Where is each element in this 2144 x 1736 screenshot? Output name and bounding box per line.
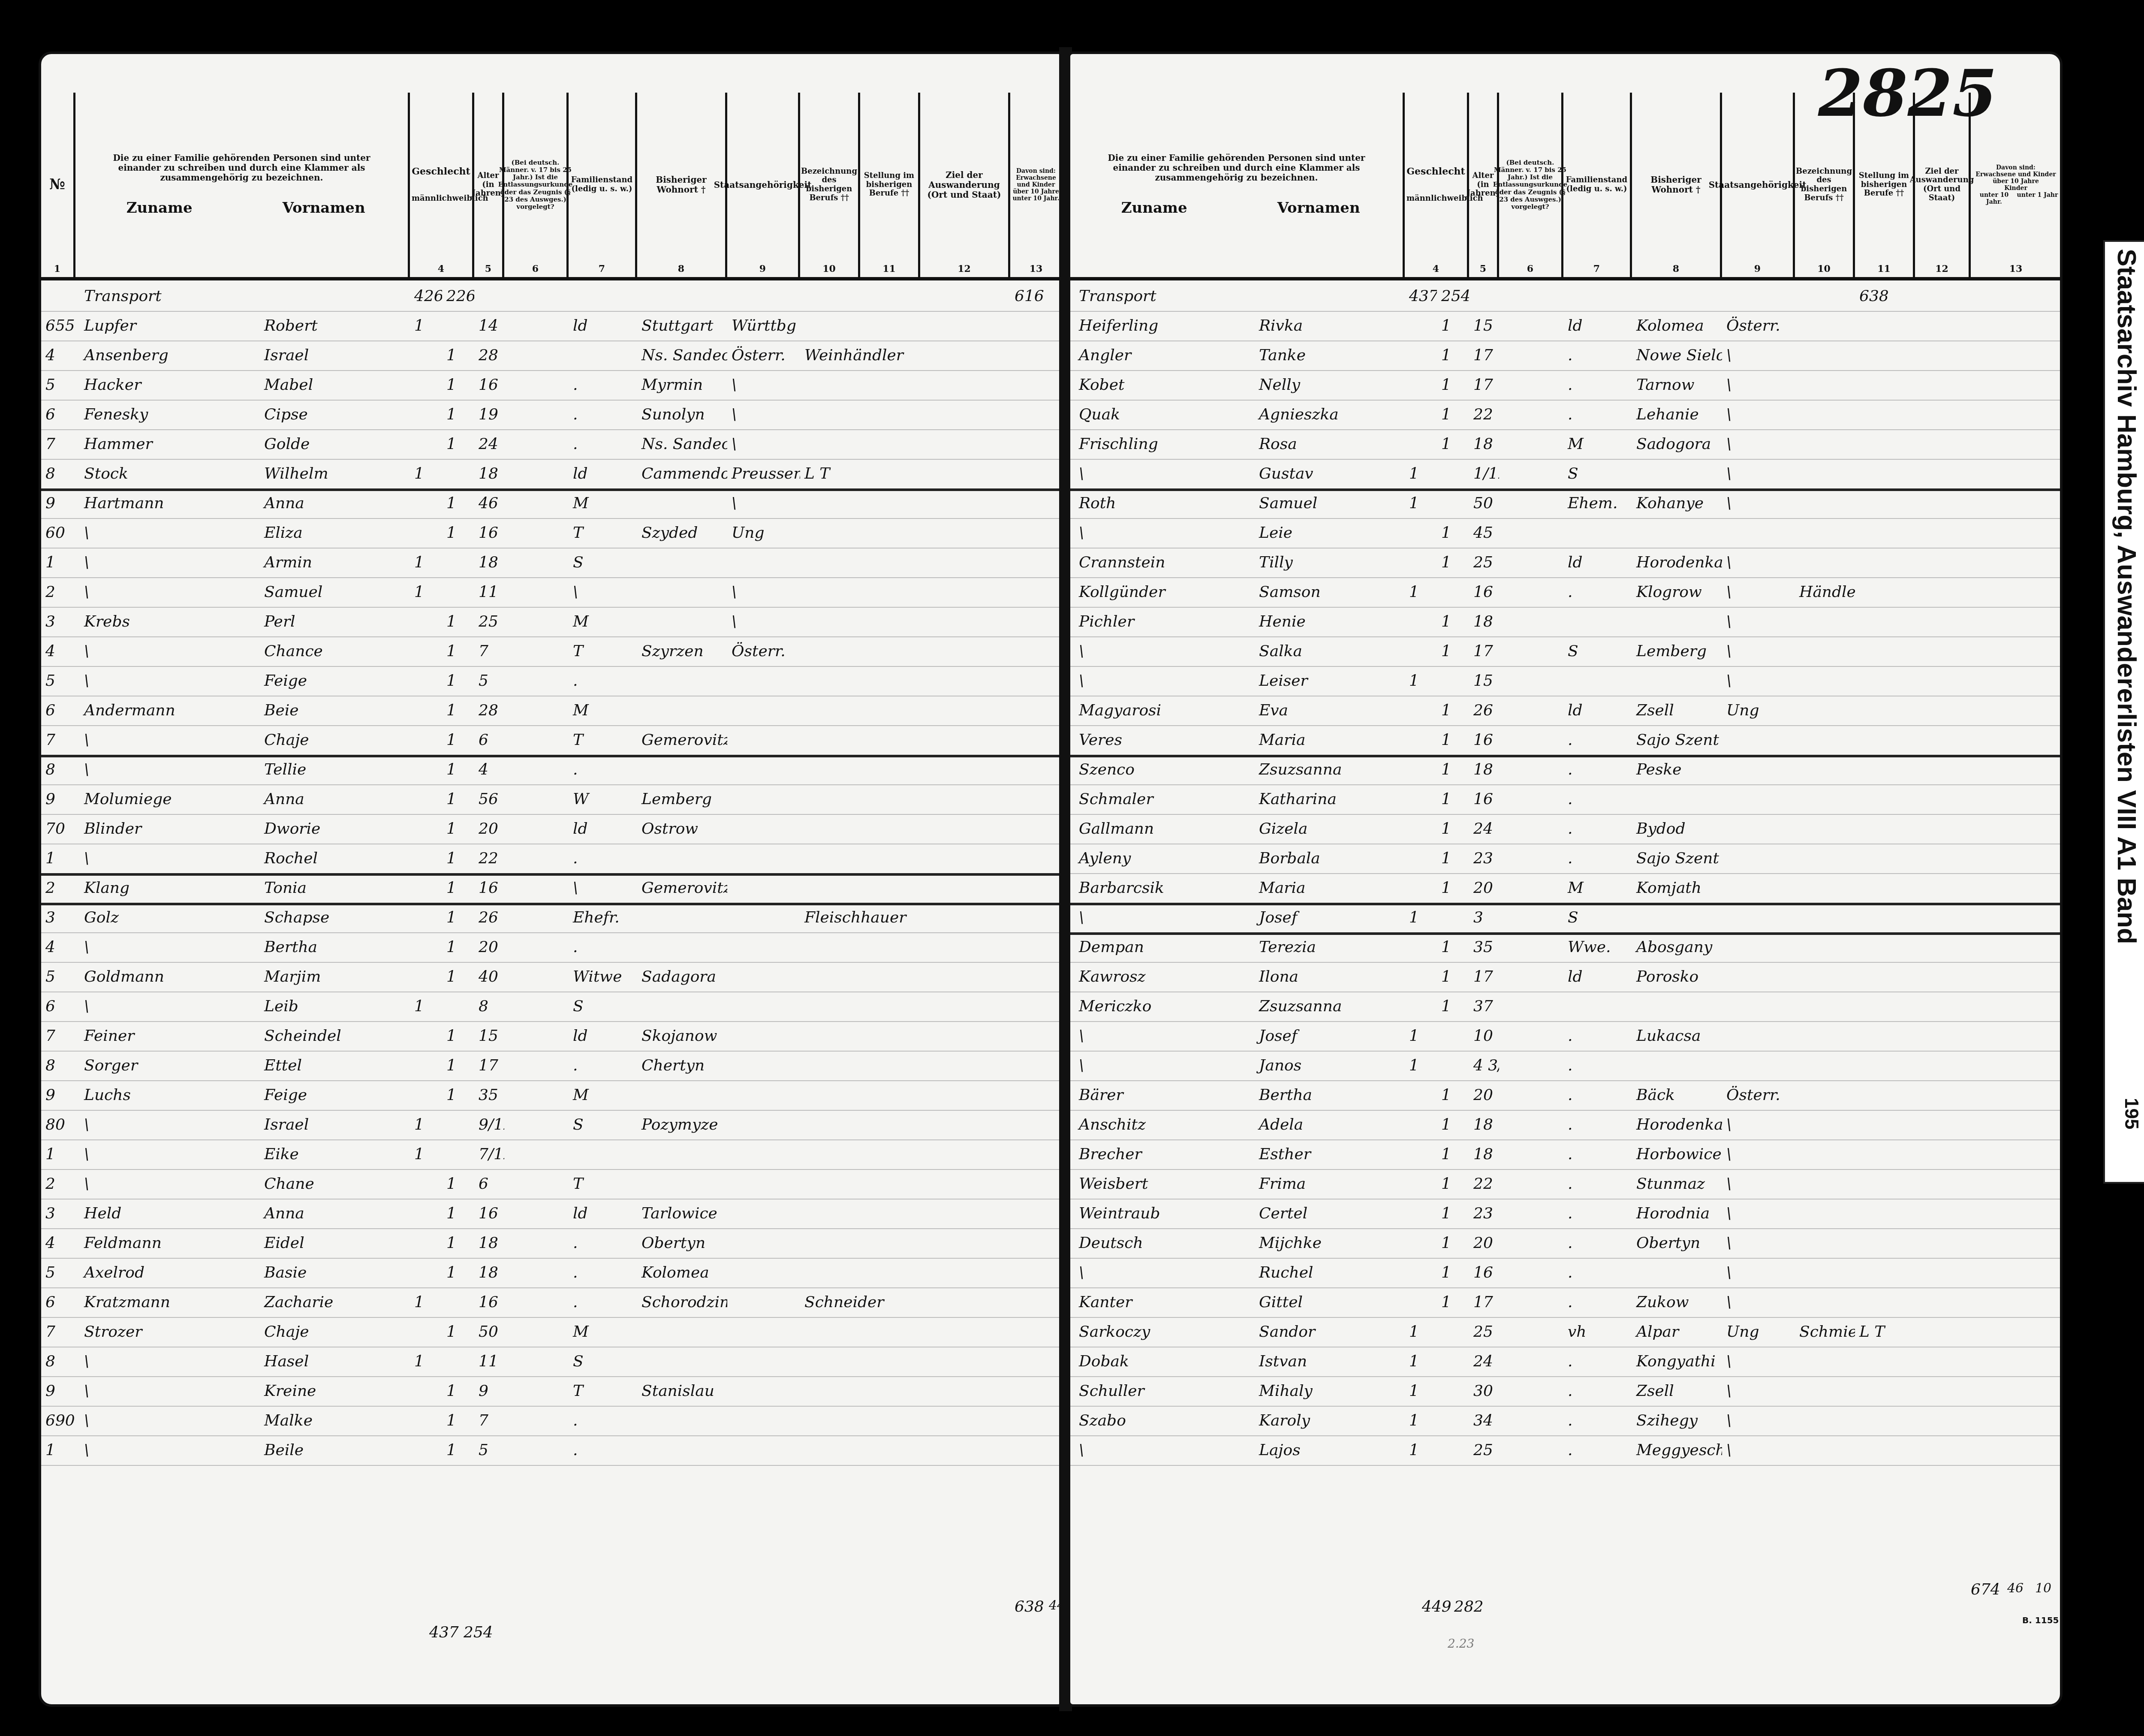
given-name-cell: Borbala — [1255, 844, 1405, 873]
female-cell: 1 — [1437, 1110, 1469, 1139]
age-cell: 40 — [474, 962, 504, 992]
given-name-cell: Lajos — [1255, 1435, 1405, 1465]
destination-cell — [1010, 932, 1045, 962]
surname-cell: Feiner — [80, 1021, 260, 1051]
nationality-cell: \ — [727, 400, 800, 429]
female-cell: 1 — [1437, 1080, 1469, 1110]
male-cell — [1405, 1169, 1437, 1199]
surname-cell: \ — [80, 1110, 260, 1139]
destination-cell — [1010, 1435, 1045, 1465]
age-cell: 16 — [1469, 725, 1499, 755]
age-cell: 25 — [474, 607, 504, 636]
marital-status-cell: . — [569, 370, 637, 400]
female-cell: 1 — [1437, 814, 1469, 844]
occupation-cell — [1795, 459, 1855, 488]
row-number: 6 — [41, 1287, 75, 1317]
age-cell: 15 — [1469, 666, 1499, 696]
nationality-cell — [1722, 962, 1795, 992]
row-number: 6 — [41, 992, 75, 1021]
nationality-cell — [727, 1051, 800, 1080]
male-cell: 1 — [1405, 903, 1437, 932]
female-cell: 1 — [442, 903, 474, 932]
occupation-cell — [1795, 1376, 1855, 1406]
marital-status-cell: T — [569, 636, 637, 666]
marital-status-cell: Ehefr. — [569, 903, 637, 932]
table-row: SchullerMihaly130.Zsell\ — [1070, 1376, 2060, 1407]
residence-cell: Meggyesch — [1632, 1435, 1722, 1465]
marital-status-cell: . — [1563, 1228, 1632, 1258]
age-cell: 10 — [1469, 1021, 1499, 1051]
occupation-cell — [1795, 1080, 1855, 1110]
male-cell — [410, 518, 442, 548]
occupation-cell — [800, 1110, 920, 1139]
nationality-cell — [727, 1317, 800, 1347]
occupation-cell — [800, 1080, 920, 1110]
residence-cell: Horodnia — [1632, 1199, 1722, 1228]
given-name-cell: Eidel — [260, 1228, 410, 1258]
given-name-cell: Mabel — [260, 370, 410, 400]
male-cell — [410, 1258, 442, 1287]
marital-status-cell: . — [569, 400, 637, 429]
male-cell: 1 — [1405, 1406, 1437, 1435]
surname-cell: Kanter — [1075, 1287, 1255, 1317]
row-number: 60 — [41, 518, 75, 548]
residence-cell: Zsell — [1632, 696, 1722, 725]
male-cell: 1 — [410, 1347, 442, 1376]
given-name-cell: Scheindel — [260, 1021, 410, 1051]
position-cell — [1855, 1169, 1915, 1199]
table-row: KollgünderSamson116.Klogrow\Händler — [1070, 577, 2060, 608]
residence-cell: Kongyathi — [1632, 1347, 1722, 1376]
position-cell — [1855, 488, 1915, 518]
female-cell: 1 — [442, 1317, 474, 1347]
residence-cell — [637, 844, 727, 873]
marital-status-cell: ld — [569, 311, 637, 341]
occupation-cell — [1795, 488, 1855, 518]
given-name-cell: Beile — [260, 1435, 410, 1465]
nationality-cell — [1722, 903, 1795, 932]
male-cell — [410, 429, 442, 459]
left-total-male: 437 — [429, 1624, 459, 1641]
header-ziel: Ziel der Auswanderung (Ort und Staat)12 — [920, 93, 1010, 277]
nationality-cell: \ — [1722, 429, 1795, 459]
given-name-cell: Maria — [1255, 873, 1405, 903]
age-cell: 5 — [474, 1435, 504, 1465]
given-name-cell: Katharina — [1255, 784, 1405, 814]
given-name-cell: Armin — [260, 548, 410, 577]
position-cell — [1855, 459, 1915, 488]
residence-cell — [637, 1406, 727, 1435]
occupation-cell — [1795, 666, 1855, 696]
age-cell: 9 — [474, 1376, 504, 1406]
destination-cell — [1010, 1199, 1045, 1228]
residence-cell — [1632, 1258, 1722, 1287]
form-number: B. 1155 — [2022, 1615, 2059, 1625]
table-row: 9LuchsFeige135M — [41, 1080, 1061, 1111]
female-cell: 1 — [442, 429, 474, 459]
occupation-cell — [1795, 755, 1855, 784]
given-name-cell: Karoly — [1255, 1406, 1405, 1435]
given-name-cell: Adela — [1255, 1110, 1405, 1139]
nationality-cell: \ — [1722, 577, 1795, 607]
male-cell — [1405, 725, 1437, 755]
row-number: 7 — [41, 1021, 75, 1051]
female-cell — [442, 1110, 474, 1139]
nationality-cell: \ — [1722, 1287, 1795, 1317]
nationality-cell: Ung — [1722, 696, 1795, 725]
male-cell — [410, 636, 442, 666]
age-cell: 34 — [1469, 1406, 1499, 1435]
row-number: 8 — [41, 459, 75, 488]
residence-cell: Tarlowice — [637, 1199, 727, 1228]
residence-cell: Myrmin — [637, 370, 727, 400]
age-cell: 11 — [474, 1347, 504, 1376]
nationality-cell: Österr. — [1722, 311, 1795, 341]
male-cell: 1 — [410, 548, 442, 577]
surname-cell: \ — [80, 755, 260, 784]
age-cell: 17 — [474, 1051, 504, 1080]
marital-status-cell: S — [1563, 636, 1632, 666]
destination-cell — [1010, 784, 1045, 814]
nationality-cell: \ — [1722, 400, 1795, 429]
position-cell — [1855, 962, 1915, 992]
marital-status-cell: . — [1563, 1287, 1632, 1317]
position-cell — [1855, 341, 1915, 370]
male-cell — [1405, 992, 1437, 1021]
given-name-cell: Ilona — [1255, 962, 1405, 992]
row-number: 6 — [41, 696, 75, 725]
nationality-cell — [1722, 725, 1795, 755]
marital-status-cell: W — [569, 784, 637, 814]
occupation-cell — [1795, 844, 1855, 873]
age-cell: 50 — [1469, 488, 1499, 518]
age-cell: 14 — [474, 311, 504, 341]
row-number: 7 — [41, 725, 75, 755]
right-total-adults: 674 — [1971, 1581, 2000, 1598]
marital-status-cell: . — [1563, 577, 1632, 607]
male-cell: 426 — [410, 281, 442, 311]
surname-cell: \ — [80, 1169, 260, 1199]
age-cell: 23 — [1469, 1199, 1499, 1228]
nationality-cell — [727, 844, 800, 873]
surname-cell: Schuller — [1075, 1376, 1255, 1406]
row-number: 8 — [41, 1347, 75, 1376]
position-cell — [1855, 636, 1915, 666]
surname-cell: Transport — [80, 281, 260, 311]
residence-cell: Lukacsa — [1632, 1021, 1722, 1051]
marital-status-cell: \ — [569, 577, 637, 607]
female-cell — [1437, 903, 1469, 932]
age-cell: 11 — [474, 577, 504, 607]
occupation-cell — [800, 666, 920, 696]
surname-cell: \ — [1075, 518, 1255, 548]
table-row: DobakIstvan124.Kongyathi\ — [1070, 1347, 2060, 1377]
given-name-cell: Wilhelm — [260, 459, 410, 488]
nationality-cell: \ — [1722, 370, 1795, 400]
table-row: 1\Rochel122. — [41, 844, 1061, 876]
female-cell: 1 — [442, 518, 474, 548]
destination-cell — [1010, 1287, 1045, 1317]
marital-status-cell: ld — [569, 459, 637, 488]
given-name-cell: Gustav — [1255, 459, 1405, 488]
destination-cell — [1010, 548, 1045, 577]
destination-cell — [1010, 1110, 1045, 1139]
surname-cell: Pichler — [1075, 607, 1255, 636]
header-geschlecht: Geschlechtmännlichweiblich4 — [410, 93, 474, 277]
female-cell: 1 — [1437, 1228, 1469, 1258]
male-cell: 1 — [1405, 1376, 1437, 1406]
occupation-cell — [1795, 1258, 1855, 1287]
nationality-cell: \ — [1722, 1110, 1795, 1139]
given-name-cell: Eva — [1255, 696, 1405, 725]
nationality-cell: \ — [1722, 459, 1795, 488]
table-row: KawroszIlona117ldPorosko — [1070, 962, 2060, 992]
table-row: AylenyBorbala123.Sajo Szent — [1070, 844, 2060, 874]
table-row: \Janos14 3/4. — [1070, 1051, 2060, 1081]
occupation-cell — [800, 400, 920, 429]
given-name-cell: Rosa — [1255, 429, 1405, 459]
residence-cell — [637, 1080, 727, 1110]
position-cell — [1855, 784, 1915, 814]
row-number: 5 — [41, 962, 75, 992]
male-cell: 1 — [1405, 488, 1437, 518]
marital-status-cell: . — [569, 844, 637, 873]
surname-cell: Stock — [80, 459, 260, 488]
marital-status-cell — [1563, 518, 1632, 548]
occupation-cell — [1795, 903, 1855, 932]
residence-cell — [637, 548, 727, 577]
occupation-cell: Händler — [1795, 577, 1855, 607]
female-cell: 1 — [442, 1051, 474, 1080]
position-cell — [1855, 1406, 1915, 1435]
male-cell — [1405, 311, 1437, 341]
given-name-cell: Esther — [1255, 1139, 1405, 1169]
residence-cell — [1632, 666, 1722, 696]
female-cell: 1 — [442, 696, 474, 725]
given-name-cell: Josef — [1255, 1021, 1405, 1051]
female-cell: 1 — [1437, 932, 1469, 962]
male-cell — [410, 1199, 442, 1228]
female-cell: 1 — [1437, 429, 1469, 459]
position-cell — [1855, 1199, 1915, 1228]
residence-cell: Gemerovitz — [637, 725, 727, 755]
female-cell: 1 — [1437, 755, 1469, 784]
table-row: SzaboKaroly134.Szihegy\ — [1070, 1406, 2060, 1436]
given-name-cell: Sandor — [1255, 1317, 1405, 1347]
position-cell — [1855, 1376, 1915, 1406]
age-cell: 7 — [474, 1406, 504, 1435]
table-row: DeutschMijchke120.Obertyn\ — [1070, 1228, 2060, 1259]
row-number: 9 — [41, 1376, 75, 1406]
given-name-cell: Schapse — [260, 903, 410, 932]
female-cell: 1 — [442, 1228, 474, 1258]
residence-cell: Kolomea — [637, 1258, 727, 1287]
destination-cell — [1010, 1080, 1045, 1110]
nationality-cell — [727, 962, 800, 992]
female-cell: 226 — [442, 281, 474, 311]
marital-status-cell: S — [1563, 903, 1632, 932]
table-row: 5AxelrodBasie118.Kolomea — [41, 1258, 1061, 1288]
destination-cell — [1010, 518, 1045, 548]
age-cell: 7/12 — [474, 1139, 504, 1169]
marital-status-cell: . — [569, 932, 637, 962]
age-cell: 16 — [474, 873, 504, 903]
given-name-cell: Maria — [1255, 725, 1405, 755]
surname-cell: \ — [1075, 903, 1255, 932]
residence-cell: Alpar — [1632, 1317, 1722, 1347]
marital-status-cell: . — [569, 755, 637, 784]
residence-cell: Horodenka — [1632, 1110, 1722, 1139]
residence-cell: Cammendorf — [637, 459, 727, 488]
age-cell: 18 — [1469, 429, 1499, 459]
age-cell: 18 — [1469, 607, 1499, 636]
marital-status-cell: ld — [569, 814, 637, 844]
age-cell: 18 — [1469, 1110, 1499, 1139]
surname-cell: \ — [80, 636, 260, 666]
nationality-cell — [727, 992, 800, 1021]
marital-status-cell: . — [1563, 1080, 1632, 1110]
female-cell: 1 — [442, 1435, 474, 1465]
female-cell: 1 — [442, 1258, 474, 1287]
female-cell: 1 — [1437, 400, 1469, 429]
header-no: №1 — [41, 93, 75, 277]
residence-cell — [637, 281, 727, 311]
row-number: 6 — [41, 400, 75, 429]
right-total-under10: 46 — [2007, 1581, 2024, 1596]
table-row: 690\Malke17. — [41, 1406, 1061, 1436]
residence-cell: Sunolyn — [637, 400, 727, 429]
row-number: 4 — [41, 341, 75, 370]
position-cell — [1855, 1347, 1915, 1376]
residence-cell — [637, 666, 727, 696]
nationality-cell — [1722, 281, 1795, 311]
marital-status-cell: . — [1563, 1347, 1632, 1376]
occupation-cell — [1795, 341, 1855, 370]
occupation-cell — [800, 1199, 920, 1228]
marital-status-cell — [569, 341, 637, 370]
surname-cell: Roth — [1075, 488, 1255, 518]
row-number: 7 — [41, 429, 75, 459]
header-staat: Staatsangehörigkeit9 — [1722, 93, 1795, 277]
table-row: 1\Eike17/12 — [41, 1139, 1061, 1170]
age-cell: 25 — [1469, 1435, 1499, 1465]
age-cell: 22 — [474, 844, 504, 873]
given-name-cell: Eike — [260, 1139, 410, 1169]
marital-status-cell: \ — [569, 873, 637, 903]
age-cell: 16 — [474, 370, 504, 400]
surname-cell: \ — [80, 548, 260, 577]
age-cell: 35 — [474, 1080, 504, 1110]
occupation-cell — [800, 932, 920, 962]
female-cell: 1 — [442, 400, 474, 429]
given-name-cell: Istvan — [1255, 1347, 1405, 1376]
given-name-cell: Eliza — [260, 518, 410, 548]
age-cell — [474, 281, 504, 311]
nationality-cell: \ — [1722, 636, 1795, 666]
male-cell — [1405, 548, 1437, 577]
table-row: AnschitzAdela118.Horodenka\ — [1070, 1110, 2060, 1140]
residence-cell: Zukow — [1632, 1287, 1722, 1317]
surname-cell: Luchs — [80, 1080, 260, 1110]
female-cell — [442, 459, 474, 488]
age-cell: 19 — [474, 400, 504, 429]
female-cell: 1 — [1437, 1169, 1469, 1199]
marital-status-cell: M — [569, 488, 637, 518]
position-cell — [1855, 696, 1915, 725]
occupation-cell — [1795, 1051, 1855, 1080]
destination-cell — [1010, 1376, 1045, 1406]
table-row: FrischlingRosa118MSadogora\ — [1070, 429, 2060, 460]
male-cell — [410, 1080, 442, 1110]
marital-status-cell: . — [569, 1258, 637, 1287]
male-cell — [410, 400, 442, 429]
given-name-cell: Anna — [260, 488, 410, 518]
residence-cell: Horbowice — [1632, 1139, 1722, 1169]
surname-cell: Szenco — [1075, 755, 1255, 784]
female-cell: 1 — [442, 607, 474, 636]
female-cell: 1 — [442, 1169, 474, 1199]
female-cell: 1 — [1437, 370, 1469, 400]
row-number: 3 — [41, 903, 75, 932]
table-row: 7StrozerChaje150M — [41, 1317, 1061, 1347]
surname-cell: Ayleny — [1075, 844, 1255, 873]
marital-status-cell: S — [569, 992, 637, 1021]
header-stellung: Stellung im bisherigen Berufe ††11 — [860, 93, 920, 277]
occupation-cell — [800, 992, 920, 1021]
destination-cell — [1010, 1021, 1045, 1051]
age-cell: 24 — [1469, 1347, 1499, 1376]
male-cell — [1405, 873, 1437, 903]
female-cell: 1 — [442, 873, 474, 903]
nationality-cell — [727, 725, 800, 755]
age-cell: 18 — [474, 459, 504, 488]
table-row: 1\Armin118S — [41, 548, 1061, 578]
surname-cell: Kawrosz — [1075, 962, 1255, 992]
destination-cell — [1010, 666, 1045, 696]
surname-cell: Sorger — [80, 1051, 260, 1080]
given-name-cell: Agnieszka — [1255, 400, 1405, 429]
female-cell: 1 — [442, 488, 474, 518]
marital-status-cell: M — [1563, 429, 1632, 459]
header-beruf: Bezeichnung des bisherigen Berufs ††10 — [800, 93, 860, 277]
table-row: 655LupferRobert114ldStuttgartWürttbg — [41, 311, 1061, 341]
destination-cell — [1010, 696, 1045, 725]
row-number: 5 — [41, 370, 75, 400]
occupation-cell — [1795, 992, 1855, 1021]
table-row: 8SorgerEttel117.Chertyn — [41, 1051, 1061, 1081]
marital-status-cell: S — [569, 1110, 637, 1139]
table-row: \Leiser115\ — [1070, 666, 2060, 696]
destination-cell — [1010, 577, 1045, 607]
table-row: MericzkoZsuzsanna137 — [1070, 992, 2060, 1022]
occupation-cell — [1795, 1199, 1855, 1228]
male-cell — [1405, 429, 1437, 459]
table-row: PichlerHenie118\ — [1070, 607, 2060, 637]
surname-cell: \ — [1075, 1051, 1255, 1080]
female-cell: 1 — [442, 1021, 474, 1051]
nationality-cell: Preussen — [727, 459, 800, 488]
given-name-cell: Henie — [1255, 607, 1405, 636]
nationality-cell: Österr. — [727, 341, 800, 370]
nationality-cell — [1722, 814, 1795, 844]
female-cell: 1 — [1437, 873, 1469, 903]
residence-cell — [1632, 281, 1722, 311]
age-cell: 4 3/4 — [1469, 1051, 1499, 1080]
surname-cell: \ — [80, 577, 260, 607]
marital-status-cell — [1563, 992, 1632, 1021]
handwritten-page-number: 2825 — [1818, 56, 1997, 131]
header-familienstand: Familienstand (ledig u. s. w.)7 — [1563, 93, 1632, 277]
